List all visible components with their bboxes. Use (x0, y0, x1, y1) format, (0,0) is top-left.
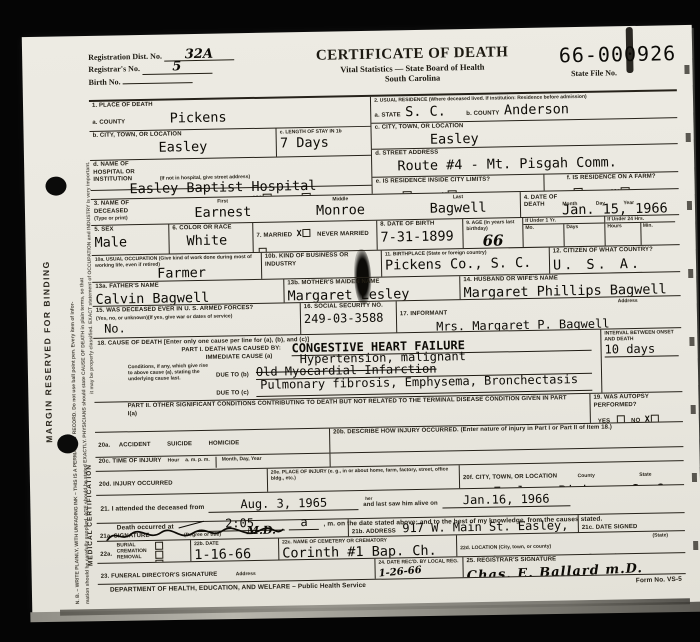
first-name-value: Earnest (164, 203, 282, 221)
last-name-block: Last Bagwell (399, 193, 517, 218)
yes-checkbox (617, 415, 625, 423)
residence-farm-label: f. IS RESIDENCE ON A FARM? (547, 173, 676, 183)
interval-value: 10 days (604, 341, 678, 357)
married-checkbox (303, 229, 311, 237)
field-date-signed: 21c. DATE SIGNED S.C.1/18/66 (579, 513, 685, 532)
disposition-no-label: 22a. (100, 552, 112, 558)
minutes-label: Min. (641, 222, 676, 245)
department-footer-label: DEPARTMENT OF HEALTH, EDUCATION, AND WEL… (110, 582, 366, 595)
address-label: 21b. ADDRESS (352, 528, 396, 535)
birth-no-label: Birth No. (89, 77, 121, 87)
last-name-value: Bagwell (399, 199, 517, 217)
field-armed-forces: 15. WAS DECEASED EVER IN U. S. ARMED FOR… (93, 303, 302, 338)
field-under-1yr: If Under 1 Yr. Mo. Days (523, 217, 606, 247)
dob-value: 7-31-1899 (380, 228, 459, 245)
autopsy-label: 19. WAS AUTOPSY PERFORMED? (593, 393, 679, 410)
county-col-label: County (578, 473, 595, 479)
residence-state-value: S. C. (405, 103, 446, 120)
certificate-card: MARGIN RESERVED FOR BINDING N. B. – WRIT… (22, 25, 700, 614)
field-date-of-birth: 8. DATE OF BIRTH 7-31-1899 (377, 219, 464, 250)
punch-hole (45, 176, 66, 195)
field-mother: 13b. MOTHER'S MAIDEN NAME Margaret Lesle… (284, 276, 460, 302)
sex-value: Male (94, 233, 165, 250)
registrar-no-label: Registrar's No. (88, 64, 140, 74)
days-label: Days (564, 224, 605, 247)
field-marital-status: 7. MARRIED X NEVER MARRIED WIDOWED DIVOR… (253, 221, 378, 252)
conditions-note: Conditions, if any, which give rise to a… (128, 363, 212, 383)
months-label: Mo. (523, 224, 565, 247)
state-col-label: State (639, 472, 651, 478)
funeral-address-label: Address (236, 571, 256, 577)
field-injury-occurred: 20d. INJURY OCCURRED While at Work Not W… (96, 469, 268, 495)
date-signed-label: 21c. DATE SIGNED (582, 524, 638, 531)
field-cemetery-location: 22d. LOCATION (City, town, or county) (S… (457, 531, 685, 556)
no-check-mark: X (645, 415, 648, 423)
accident-label: ACCIDENT (119, 442, 151, 449)
dod-label: 4. DATE OF DEATH (524, 194, 558, 210)
field-informant: 17. INFORMANT Address Mrs. Margaret P. B… (397, 296, 682, 332)
time-of-injury-label: 20c. TIME OF INJURY (99, 458, 162, 470)
margin-binding-text: MARGIN RESERVED FOR BINDING (41, 187, 56, 517)
funeral-director-label: 23. FUNERAL DIRECTOR'S SIGNATURE (101, 572, 218, 580)
field-spouse: 14. HUSBAND OR WIFE'S NAME Margaret Phil… (460, 272, 680, 299)
field-disposition: 22a. BURIAL CREMATION REMOVAL (97, 540, 191, 563)
citizenship-value: U. S. A. (553, 255, 642, 273)
middle-name-value: Monroe (282, 201, 400, 219)
field-under-24hr: If Under 24 Hrs. Hours Min. (605, 215, 676, 245)
field-registrar-signature: 25. REGISTRAR'S SIGNATURE Chas. E. Balla… (463, 553, 685, 577)
length-of-stay-value: 7 Days (280, 134, 368, 152)
field-ssn: 16. SOCIAL SECURITY NO. 249-03-3588 (301, 301, 398, 334)
industry-label: 10b. KIND OF BUSINESS OR INDUSTRY (265, 252, 378, 269)
state-file-number: 66-000926 (511, 41, 676, 68)
field-cemetery: 22c. NAME OF CEMETERY OR CREMATORY Corin… (279, 535, 457, 559)
registrar-no-value: 5 (142, 62, 212, 75)
middle-name-block: Middle Monroe (281, 195, 399, 220)
place-of-injury-label: 20e. PLACE OF INJURY (e. g., in or about… (271, 466, 456, 481)
field-industry: 10b. KIND OF BUSINESS OR INDUSTRY (262, 251, 382, 279)
last-saw-label: and last saw him alive on (363, 501, 438, 508)
registration-block: Registration Dist. No. 32A Registrar's N… (88, 48, 314, 100)
name-label-block: 3. NAME OF DECEASED (Type or print) (94, 200, 164, 224)
field-length-of-stay: c. LENGTH OF STAY IN 1b 7 Days (277, 127, 371, 157)
residence-state-label: a. STATE (374, 112, 400, 118)
injury-city-label: 20f. CITY, TOWN, OR LOCATION (463, 473, 557, 481)
residence-county-label: b. COUNTY (466, 110, 499, 117)
never-married-checkbox (259, 248, 267, 252)
cemetery-state-note: (State) (652, 532, 668, 538)
field-autopsy: 19. WAS AUTOPSY PERFORMED? YES NO X (590, 392, 683, 423)
field-injury-city: 20f. CITY, TOWN, OR LOCATION County Stat… (460, 461, 684, 488)
yes-label: YES (598, 418, 610, 422)
scanned-death-certificate: MARGIN RESERVED FOR BINDING N. B. – WRIT… (0, 0, 700, 642)
attended-mid-label: herand last saw him alive on (363, 500, 438, 508)
due-to-b-label: DUE TO (b) (216, 372, 249, 380)
age-value: 66 (466, 231, 519, 248)
field-city: b. CITY, TOWN, OR LOCATION Easley (90, 129, 278, 160)
city-value: Easley (93, 137, 273, 156)
last-saw-date-value: Jan.16, 1966 (442, 491, 570, 508)
field-date-received: 24. DATE REC'D. BY LOCAL REG. 1-26-66 (375, 557, 463, 579)
age-label: 9. AGE (In years last birthday) (466, 219, 519, 232)
signature-degree-value: M.D. (247, 524, 276, 538)
no-checkbox (651, 415, 659, 423)
field-sex: 5. SEX Male (91, 225, 170, 255)
scan-artifact (684, 65, 698, 565)
field-interval: INTERVAL BETWEEN ONSET AND DEATH 10 days (601, 328, 682, 392)
removal-label: REMOVAL (117, 554, 147, 561)
field-birthplace: 11. BIRTHPLACE (State or foreign country… (382, 248, 550, 277)
due-to-c-label: DUE TO (c) (216, 390, 249, 398)
form-number-label: Form No. VS-5 (636, 576, 682, 586)
section-cause-of-death: 18. CAUSE OF DEATH [Enter only one cause… (93, 328, 682, 403)
field-color-race: 6. COLOR OR RACE White (169, 223, 254, 254)
informant-label: 17. INFORMANT (400, 310, 447, 317)
married-label: 7. MARRIED (256, 232, 292, 239)
accident-no-label: 20a. (98, 443, 110, 449)
state-file-label: State File No. (511, 67, 676, 79)
hours-label: Hours (605, 223, 641, 246)
informant-address-label: Address (618, 298, 638, 304)
usual-residence-column: 2. USUAL RESIDENCE (Where deceased lived… (371, 91, 678, 194)
field-date-of-death: 4. DATE OF DEATH Month Day Year Jan. 15,… (521, 189, 679, 217)
certificate-form: Registration Dist. No. 32A Registrar's N… (88, 41, 686, 595)
reg-dist-label: Registration Dist. No. (88, 52, 162, 62)
burial-checkbox (155, 542, 163, 550)
field-burial-date: 22b. DATE 1-16-66 (191, 539, 279, 562)
ampm-label: a. m. p. m. (185, 457, 210, 468)
birth-no-value (123, 82, 193, 84)
field-place-of-injury: 20e. PLACE OF INJURY (e. g., in or about… (268, 465, 460, 492)
state-file-block: 66-000926 State File No. (511, 41, 677, 92)
never-married-label: NEVER MARRIED (317, 231, 369, 238)
place-of-death-label: 1. PLACE OF DEATH (92, 98, 367, 111)
attended-pre-label: 21. I attended the deceased from (100, 504, 204, 513)
county-label: a. COUNTY (92, 119, 125, 126)
homicide-label: HOMICIDE (208, 440, 239, 447)
field-occupation: 10a. USUAL OCCUPATION (Give kind of work… (92, 253, 262, 282)
cause-of-death-block: 18. CAUSE OF DEATH [Enter only one cause… (93, 330, 602, 402)
residence-city-limits-label: e. IS RESIDENCE INSIDE CITY LIMITS? (376, 176, 540, 187)
burial-date-value: 1-16-66 (194, 546, 275, 562)
field-citizenship: 12. CITIZEN OF WHAT COUNTRY? U. S. A. (550, 245, 680, 273)
color-race-value: White (186, 232, 249, 249)
month-day-year-label: Month, Day, Year (216, 456, 262, 468)
cemetery-location-label: 22d. LOCATION (City, town, or county) (460, 544, 551, 552)
county-value: Pickens (169, 109, 226, 126)
occupation-value: Farmer (157, 264, 258, 282)
her-alt-label: her (365, 497, 372, 502)
birthplace-value: Pickens Co., S. C. (385, 255, 546, 274)
ssn-value: 249-03-3588 (304, 310, 393, 326)
residence-county-value: Anderson (504, 101, 569, 118)
married-check-mark: X (296, 229, 299, 239)
citizenship-label: 12. CITIZEN OF WHAT COUNTRY? (553, 246, 677, 256)
field-residence-city-limits: e. IS RESIDENCE INSIDE CITY LIMITS? YES … (373, 175, 545, 194)
immediate-cause-label: IMMEDIATE CAUSE (a) (206, 354, 273, 363)
title-block: CERTIFICATE OF DEATH Vital Statistics — … (313, 44, 512, 96)
name-label: 3. NAME OF DECEASED (94, 200, 164, 216)
field-accident-type: 20a. ACCIDENT SUICIDE HOMICIDE (95, 429, 330, 457)
place-of-death-column: 1. PLACE OF DEATH a. COUNTY Pickens b. C… (89, 97, 373, 199)
field-age: 9. AGE (In years last birthday) 66 (463, 218, 524, 248)
suicide-label: SUICIDE (167, 441, 192, 447)
cremation-checkbox (155, 551, 163, 559)
hour-label: Hour (168, 457, 180, 468)
name-note: (Type or print) (94, 215, 164, 222)
field-father: 13a. FATHER'S NAME Calvin Bagwell (92, 279, 284, 306)
attended-from-value: Aug. 3, 1965 (209, 495, 359, 513)
first-name-block: First Earnest (164, 197, 282, 222)
section-place-residence: 1. PLACE OF DEATH a. COUNTY Pickens b. C… (89, 89, 679, 200)
injury-occurred-label: 20d. INJURY OCCURRED (99, 480, 173, 487)
